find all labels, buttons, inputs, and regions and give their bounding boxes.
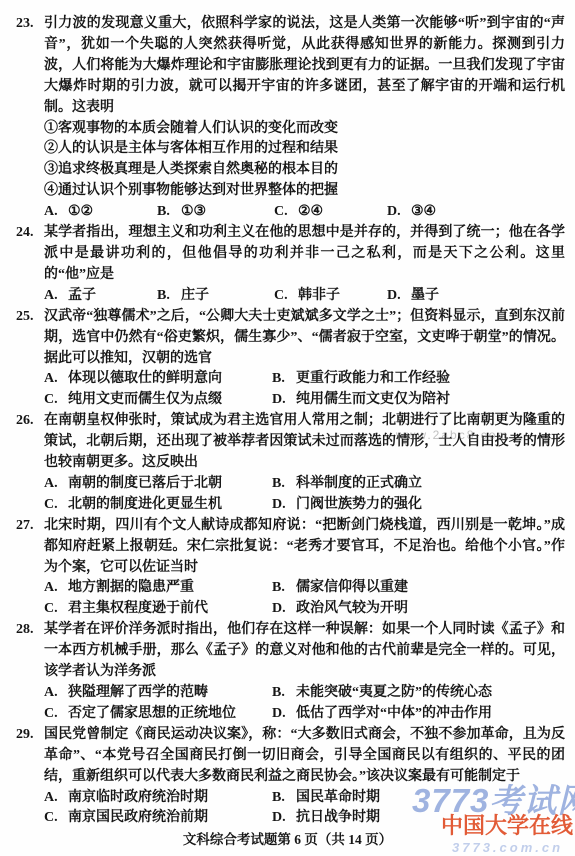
question-24: 24. 某学者指出，理想主义和功利主义在他的思想中是并存的，并得到了统一；他在各… — [0, 223, 575, 307]
options-grid: A.狭隘理解了西学的范畴 B.未能突破“夷夏之防”的传统心态 C.否定了儒家思想… — [44, 683, 565, 725]
option-text: ②④ — [298, 204, 323, 219]
option-text: 否定了儒家思想的正统地位 — [68, 706, 236, 721]
question-number: 26. — [16, 411, 44, 516]
option-d: D.墨子 — [387, 286, 565, 307]
question-body: 某学者在评价洋务派时指出，他们存在这样一种误解：如果一个人同时读《孟子》和一本西… — [44, 620, 565, 725]
option-text: 南京国民政府统治前期 — [68, 810, 208, 825]
option-text: 门阀世族势力的强化 — [296, 497, 422, 512]
option-label: B. — [272, 369, 296, 390]
option-label: A. — [44, 474, 68, 495]
option-label: B. — [272, 683, 296, 704]
option-text: ①③ — [181, 204, 206, 219]
question-body: 汉武帝“独尊儒术”之后，“公卿大夫士吏斌斌多文学之士”；但资料显示，直到东汉前期… — [44, 307, 565, 412]
option-text: 国民革命时期 — [296, 790, 380, 805]
option-a: A.狭隘理解了西学的范畴 — [44, 683, 272, 704]
option-a: A.南京临时政府统治时期 — [44, 788, 272, 809]
option-label: C. — [44, 495, 68, 516]
option-label: C. — [44, 390, 68, 411]
option-text: 儒家信仰得以重建 — [296, 580, 408, 595]
options-row: A.孟子 B.庄子 C.韩非子 D.墨子 — [44, 286, 565, 307]
statement-3: ③追求终极真理是人类探索自然奥秘的根本目的 — [44, 160, 565, 181]
option-label: C. — [44, 808, 68, 829]
option-b: B.儒家信仰得以重建 — [272, 578, 565, 599]
option-label: B. — [157, 286, 181, 307]
option-a: A.体现以德取仕的鲜明意向 — [44, 369, 272, 390]
question-number: 29. — [16, 725, 44, 830]
question-number: 27. — [16, 516, 44, 621]
option-b: B.庄子 — [157, 286, 274, 307]
option-label: D. — [387, 202, 411, 223]
option-text: 纯用文吏而儒生仅为点缀 — [68, 392, 222, 407]
option-label: A. — [44, 578, 68, 599]
question-stem: 在南朝皇权伸张时，策试成为君主选官用人常用之制；北朝进行了比南朝更为隆重的策试，… — [44, 411, 565, 474]
option-label: A. — [44, 286, 68, 307]
option-text: 北朝的制度进化更显生机 — [68, 497, 222, 512]
question-number: 25. — [16, 307, 44, 412]
question-29: 29. 国民党曾制定《商民运动决议案》，称：“大多数旧式商会，不独不参加革命，且… — [0, 725, 575, 830]
option-c: C.②④ — [274, 202, 387, 223]
question-28: 28. 某学者在评价洋务派时指出，他们存在这样一种误解：如果一个人同时读《孟子》… — [0, 620, 575, 725]
options-grid: A.南京临时政府统治时期 B.国民革命时期 C.南京国民政府统治前期 D.抗日战… — [44, 788, 565, 830]
question-27: 27. 北宋时期，四川有个文人献诗成都知府说：“把断剑门烧栈道，西川别是一乾坤。… — [0, 516, 575, 621]
option-text: 纯用儒生而文吏仅为陪衬 — [296, 392, 450, 407]
exam-page: 23. 引力波的发现意义重大，依照科学家的说法，这是人类第一次能够“听”到宇宙的… — [0, 0, 575, 856]
option-c: C.韩非子 — [274, 286, 387, 307]
option-text: ①② — [68, 204, 93, 219]
option-a: A.南朝的制度已落后于北朝 — [44, 474, 272, 495]
option-label: B. — [272, 474, 296, 495]
option-text: 低估了西学对“中体”的冲击作用 — [296, 706, 492, 721]
question-stem: 北宋时期，四川有个文人献诗成都知府说：“把断剑门烧栈道，西川别是一乾坤。”成都知… — [44, 516, 565, 579]
option-a: A.①② — [44, 202, 157, 223]
question-body: 在南朝皇权伸张时，策试成为君主选官用人常用之制；北朝进行了比南朝更为隆重的策试，… — [44, 411, 565, 516]
option-text: 抗日战争时期 — [296, 810, 380, 825]
option-c: C.纯用文吏而儒生仅为点缀 — [44, 390, 272, 411]
statement-4: ④通过认识个别事物能够达到对世界整体的把握 — [44, 181, 565, 202]
option-text: 孟子 — [68, 288, 96, 303]
option-c: C.君主集权程度逊于前代 — [44, 599, 272, 620]
option-b: B.未能突破“夷夏之防”的传统心态 — [272, 683, 565, 704]
question-stem: 某学者指出，理想主义和功利主义在他的思想中是并存的，并得到了统一；他在各学派中是… — [44, 223, 565, 286]
question-23: 23. 引力波的发现意义重大，依照科学家的说法，这是人类第一次能够“听”到宇宙的… — [0, 14, 575, 223]
option-a: A.地方割据的隐患严重 — [44, 578, 272, 599]
question-number: 23. — [16, 14, 44, 223]
option-label: D. — [272, 390, 296, 411]
option-label: D. — [272, 599, 296, 620]
option-label: A. — [44, 788, 68, 809]
option-label: B. — [272, 788, 296, 809]
question-stem: 某学者在评价洋务派时指出，他们存在这样一种误解：如果一个人同时读《孟子》和一本西… — [44, 620, 565, 683]
question-stem: 国民党曾制定《商民运动决议案》，称：“大多数旧式商会，不独不参加革命，且为反革命… — [44, 725, 565, 788]
option-d: D.政治风气较为开明 — [272, 599, 565, 620]
option-label: D. — [272, 495, 296, 516]
option-c: C.否定了儒家思想的正统地位 — [44, 704, 272, 725]
option-text: 地方割据的隐患严重 — [68, 580, 194, 595]
option-text: 政治风气较为开明 — [296, 601, 408, 616]
option-a: A.孟子 — [44, 286, 157, 307]
option-text: 科举制度的正式确立 — [296, 476, 422, 491]
question-body: 北宋时期，四川有个文人献诗成都知府说：“把断剑门烧栈道，西川别是一乾坤。”成都知… — [44, 516, 565, 621]
option-d: D.门阀世族势力的强化 — [272, 495, 565, 516]
option-label: C. — [44, 704, 68, 725]
option-label: A. — [44, 202, 68, 223]
question-26: 26. 在南朝皇权伸张时，策试成为君主选官用人常用之制；北朝进行了比南朝更为隆重… — [0, 411, 575, 516]
option-b: B.①③ — [157, 202, 274, 223]
option-label: D. — [272, 808, 296, 829]
question-number: 24. — [16, 223, 44, 307]
options-grid: A.地方割据的隐患严重 B.儒家信仰得以重建 C.君主集权程度逊于前代 D.政治… — [44, 578, 565, 620]
question-number: 28. — [16, 620, 44, 725]
option-label: D. — [272, 704, 296, 725]
option-text: 庄子 — [181, 288, 209, 303]
option-text: 南京临时政府统治时期 — [68, 790, 208, 805]
option-text: 君主集权程度逊于前代 — [68, 601, 208, 616]
question-stem: 引力波的发现意义重大，依照科学家的说法，这是人类第一次能够“听”到宇宙的“声音”… — [44, 14, 565, 119]
option-label: D. — [387, 286, 411, 307]
option-d: D.纯用儒生而文吏仅为陪衬 — [272, 390, 565, 411]
statement-1: ①客观事物的本质会随着人们认识的变化而改变 — [44, 119, 565, 140]
option-label: B. — [272, 578, 296, 599]
option-label: C. — [274, 202, 298, 223]
option-b: B.国民革命时期 — [272, 788, 565, 809]
option-text: 更重行政能力和工作经验 — [296, 371, 450, 386]
question-25: 25. 汉武帝“独尊儒术”之后，“公卿大夫士吏斌斌多文学之士”；但资料显示，直到… — [0, 307, 575, 412]
option-label: B. — [157, 202, 181, 223]
option-d: D.③④ — [387, 202, 565, 223]
question-body: 引力波的发现意义重大，依照科学家的说法，这是人类第一次能够“听”到宇宙的“声音”… — [44, 14, 565, 223]
option-label: C. — [44, 599, 68, 620]
option-d: D.低估了西学对“中体”的冲击作用 — [272, 704, 565, 725]
options-grid: A.体现以德取仕的鲜明意向 B.更重行政能力和工作经验 C.纯用文吏而儒生仅为点… — [44, 369, 565, 411]
statement-2: ②人的认识是主体与客体相互作用的过程和结果 — [44, 139, 565, 160]
option-text: 狭隘理解了西学的范畴 — [68, 685, 208, 700]
option-text: 墨子 — [411, 288, 439, 303]
option-label: A. — [44, 369, 68, 390]
option-c: C.南京国民政府统治前期 — [44, 808, 272, 829]
option-text: 体现以德取仕的鲜明意向 — [68, 371, 222, 386]
page-footer: 文科综合考试题第 6 页（共 14 页） — [0, 830, 575, 851]
option-text: 南朝的制度已落后于北朝 — [68, 476, 222, 491]
option-d: D.抗日战争时期 — [272, 808, 565, 829]
options-grid: A.南朝的制度已落后于北朝 B.科举制度的正式确立 C.北朝的制度进化更显生机 … — [44, 474, 565, 516]
option-label: A. — [44, 683, 68, 704]
option-b: B.更重行政能力和工作经验 — [272, 369, 565, 390]
options-row: A.①② B.①③ C.②④ D.③④ — [44, 202, 565, 223]
option-c: C.北朝的制度进化更显生机 — [44, 495, 272, 516]
question-stem: 汉武帝“独尊儒术”之后，“公卿大夫士吏斌斌多文学之士”；但资料显示，直到东汉前期… — [44, 307, 565, 370]
question-body: 某学者指出，理想主义和功利主义在他的思想中是并存的，并得到了统一；他在各学派中是… — [44, 223, 565, 307]
option-text: 未能突破“夷夏之防”的传统心态 — [296, 685, 492, 700]
question-body: 国民党曾制定《商民运动决议案》，称：“大多数旧式商会，不独不参加革命，且为反革命… — [44, 725, 565, 830]
option-text: 韩非子 — [298, 288, 340, 303]
option-b: B.科举制度的正式确立 — [272, 474, 565, 495]
option-text: ③④ — [411, 204, 436, 219]
option-label: C. — [274, 286, 298, 307]
